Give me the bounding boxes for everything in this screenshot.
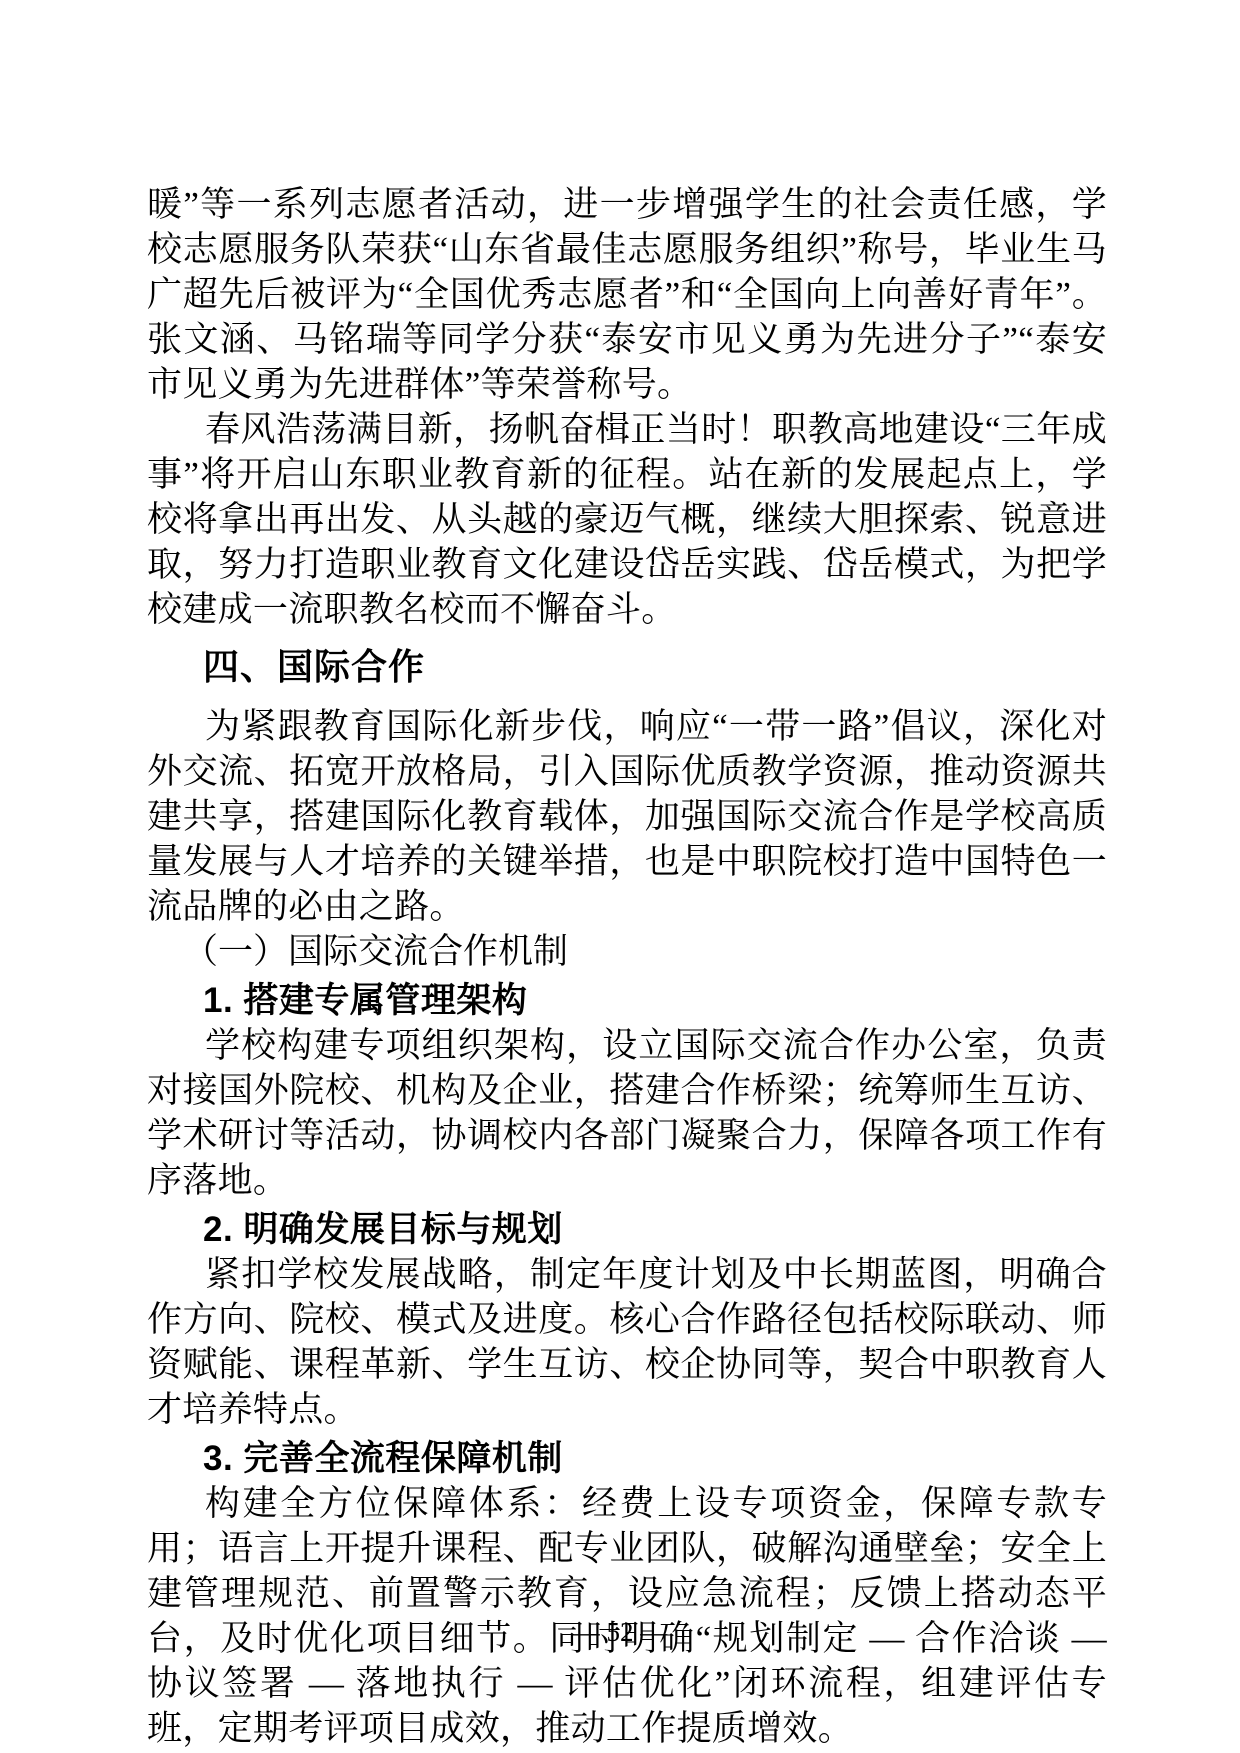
paragraph-outlook: 春风浩荡满目新，扬帆奋楫正当时！职教高地建设“三年成事”将开启山东职业教育新的征… [147,407,1107,632]
paragraph-continuation: 暖”等一系列志愿者活动，进一步增强学生的社会责任感，学校志愿服务队荣获“山东省最… [147,182,1107,407]
numbered-heading-2-goals-planning: 2. 明确发展目标与规划 [147,1207,1107,1252]
paragraph-management-structure: 学校构建专项组织架构，设立国际交流合作办公室，负责对接国外院校、机构及企业，搭建… [147,1023,1107,1203]
document-content: 暖”等一系列志愿者活动，进一步增强学生的社会责任感，学校志愿服务队荣获“山东省最… [147,182,1107,1751]
numbered-heading-3-guarantee-mechanism: 3. 完善全流程保障机制 [147,1436,1107,1481]
numbered-heading-1-management-structure: 1. 搭建专属管理架构 [147,978,1107,1023]
paragraph-international-intro: 为紧跟教育国际化新步伐，响应“一带一路”倡议，深化对外交流、拓宽开放格局，引入国… [147,704,1107,929]
paragraph-goals-planning: 紧扣学校发展战略，制定年度计划及中长期蓝图，明确合作方向、院校、模式及进度。核心… [147,1252,1107,1432]
subsection-heading-exchange-mechanism: （一）国际交流合作机制 [147,929,1107,974]
page-number-footer: — 52 — [0,1616,1240,1648]
document-page: 暖”等一系列志愿者活动，进一步增强学生的社会责任感，学校志愿服务队荣获“山东省最… [0,0,1240,1753]
section-heading-international-cooperation: 四、国际合作 [147,644,1107,689]
